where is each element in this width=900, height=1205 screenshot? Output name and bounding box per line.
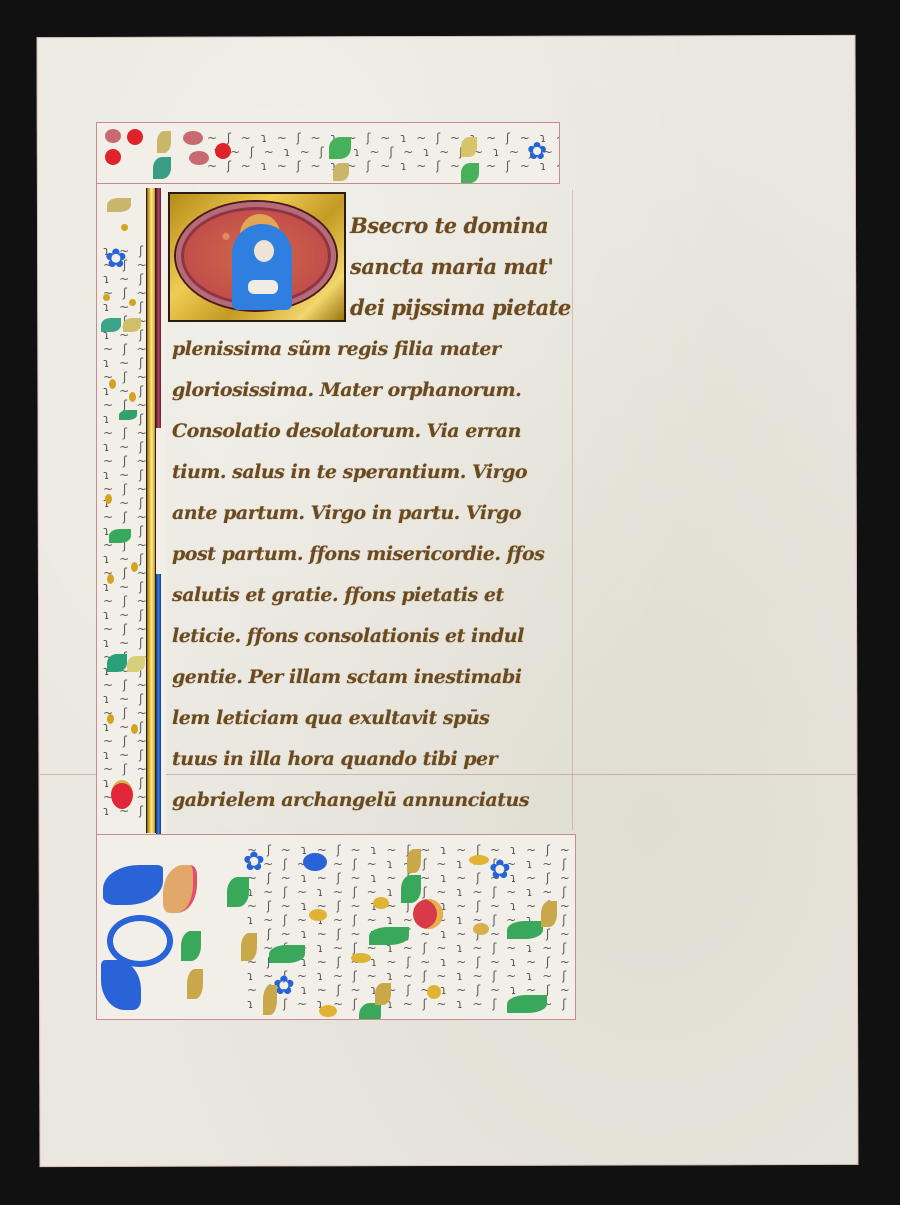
gold-bud <box>131 562 138 572</box>
text-line: Bsecro te domina <box>350 206 548 246</box>
gold-leaf <box>263 985 277 1015</box>
gold-bud <box>107 574 114 584</box>
gold-leaf <box>375 983 391 1005</box>
red-berry <box>189 151 209 165</box>
gold-bud <box>107 714 114 724</box>
red-bar <box>156 188 161 428</box>
text-line: dei pijssima pietate <box>350 288 571 328</box>
teal-leaf <box>107 654 127 672</box>
text-line: gentie. Per illam sctam inestimabi <box>172 657 521 697</box>
gold-spray <box>469 855 489 865</box>
blue-flower-icon: ✿ <box>243 849 265 875</box>
gold-leaf <box>407 849 421 873</box>
gold-leaf <box>123 318 141 332</box>
text-line: salutis et gratie. ffons pietatis et <box>172 575 504 615</box>
gold-bud <box>131 724 138 734</box>
green-leaf <box>359 1003 381 1020</box>
text-line: ante partum. Virgo in partu. Virgo <box>172 493 521 533</box>
green-leaf <box>461 163 479 183</box>
orange-acanthus <box>163 865 197 913</box>
gold-leaf <box>461 137 477 157</box>
gold-leaf <box>541 901 557 927</box>
green-leaf <box>507 921 543 939</box>
green-leaf <box>369 927 409 945</box>
green-leaf <box>329 137 351 159</box>
red-strawberry <box>111 780 133 809</box>
text-line: tium. salus in te sperantium. Virgo <box>172 452 527 492</box>
text-line: Consolatio desolatorum. Via erran <box>172 411 521 451</box>
blue-flower-icon: ✿ <box>105 246 127 272</box>
blue-bud <box>303 853 327 871</box>
bottom-floral-border: ~ ʃ ~ ɿ ~ ʃ ~ ɿ ~ ʃ ~ ɿ ~ ʃ ~ ɿ ~ ʃ ~ ɿ … <box>96 834 576 1020</box>
gold-leaf <box>127 656 145 672</box>
teal-leaf <box>101 318 121 332</box>
blue-bar <box>156 574 161 834</box>
blue-flower-icon: ✿ <box>527 139 547 163</box>
green-leaf <box>109 529 131 543</box>
gold-leaf <box>187 969 203 999</box>
text-line: sancta maria mat' <box>350 247 553 287</box>
blue-acanthus <box>103 865 163 905</box>
gold-bud <box>103 294 110 301</box>
gold-bud <box>121 224 128 231</box>
text-line: gloriosissima. Mater orphanorum. <box>172 370 521 410</box>
gold-bud <box>109 379 116 389</box>
red-berry <box>105 129 121 143</box>
gold-bar <box>146 188 156 833</box>
teal-leaf <box>153 157 171 179</box>
gold-leaf <box>157 131 171 153</box>
green-leaf <box>401 875 421 903</box>
gold-bud <box>129 299 136 306</box>
text-line: post partum. ffons misericordie. ffos <box>172 534 544 574</box>
gold-leaf <box>241 933 257 961</box>
text-line: tuus in illa hora quando tibi per <box>172 739 497 779</box>
blue-acanthus <box>101 960 141 1010</box>
margin-rule <box>572 190 573 830</box>
red-berry <box>127 129 143 145</box>
green-leaf <box>119 410 137 420</box>
face <box>254 240 274 262</box>
historiated-initial <box>168 192 346 322</box>
red-berry <box>215 143 231 159</box>
gold-bud <box>129 392 136 402</box>
green-leaf <box>269 945 305 963</box>
green-leaf <box>181 931 201 961</box>
gold-spray <box>309 909 327 921</box>
text-line: lem leticiam qua exultavit spūs <box>172 698 489 738</box>
gold-spray <box>351 953 371 963</box>
red-rose <box>413 899 443 929</box>
text-line: gabrielem archangelū annunciatus <box>172 780 529 820</box>
top-floral-border: ~ ʃ ~ ɿ ~ ʃ ~ ɿ ~ ʃ ~ ɿ ~ ʃ ~ ɿ ~ ʃ ~ ɿ … <box>96 122 560 184</box>
green-leaf <box>227 877 249 907</box>
gold-spray <box>427 985 441 999</box>
green-leaf <box>507 995 547 1013</box>
blue-flower-icon: ✿ <box>489 857 511 883</box>
red-berry <box>105 149 121 165</box>
gold-spray <box>373 897 389 909</box>
gold-leaf <box>333 163 349 181</box>
red-berry <box>183 131 203 145</box>
gold-bud <box>105 494 112 504</box>
ink-spray: ~ ʃ ~ ɿ ~ ʃ ~ ɿ ~ ʃ ~ ɿ ~ ʃ ~ ɿ ~ ʃ ~ ɿ … <box>207 131 560 173</box>
text-line: plenissima sũm regis filia mater <box>172 329 500 369</box>
virgin-mary-figure <box>232 224 292 310</box>
gold-leaf <box>107 198 131 212</box>
text-line: leticie. ffons consolationis et indul <box>172 616 524 656</box>
gold-spray <box>473 923 489 935</box>
crossed-hands <box>248 280 278 294</box>
gold-spray <box>319 1005 337 1017</box>
